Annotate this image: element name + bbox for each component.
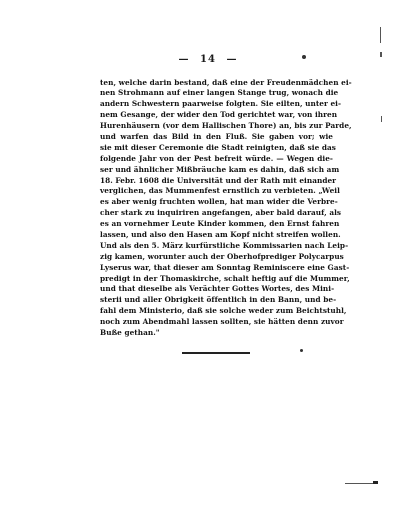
text-line: ten, welche darin bestand, daß eine der … [100,78,333,89]
scan-margin-mark [381,116,382,122]
text-line: verglichen, das Mummenfest ernstlich zu … [100,186,333,197]
body-text: ten, welche darin bestand, daß eine der … [100,78,333,339]
text-line: cher stark zu inquiriren angefangen, abe… [100,208,333,219]
page-header: — 14 — [0,54,416,65]
text-line: 18. Febr. 1608 die Universität und der R… [100,176,333,187]
text-line: sie mit dieser Ceremonie die Stadt reini… [100,143,333,154]
text-line: ser und ähnlicher Mißbräuche kam es dahi… [100,165,333,176]
text-line: Und als den 5. März kurfürstliche Kommis… [100,241,333,252]
text-line: zig kamen, worunter auch der Oberhofpred… [100,252,333,263]
scan-margin-mark [380,52,382,57]
text-line: und warfen das Bild in den Fluß. Sie gab… [100,132,333,143]
scan-margin-mark [380,27,381,43]
scan-margin-mark [373,481,378,484]
text-line: andern Schwestern paarweise folgten. Sie… [100,99,333,110]
text-line: folgende Jahr von der Pest befreit würde… [100,154,333,165]
text-line: nen Strohmann auf einer langen Stange tr… [100,88,333,99]
text-line: nem Gesange, der wider den Tod gerichtet… [100,110,333,121]
text-line: Buße gethan." [100,328,333,339]
page-number: 14 [194,54,222,65]
text-line: es aber wenig fruchten wollen, hat man w… [100,197,333,208]
text-line: Hurenhäusern (vor dem Hallischen Thore) … [100,121,333,132]
text-line: predigt in der Thomaskirche, schalt heft… [100,274,333,285]
text-line: sterii und aller Obrigkeit öffentlich in… [100,295,333,306]
text-line: Lyserus war, that dieser am Sonntag Remi… [100,263,333,274]
header-dash-right: — [226,54,237,65]
text-line: lassen, und also den Hasen am Kopf nicht… [100,230,333,241]
text-line: und that dieselbe als Verächter Gottes W… [100,284,333,295]
scan-speck [302,55,306,59]
text-line: es an vornehmer Leute Kinder kommen, den… [100,219,333,230]
scan-margin-mark [345,483,373,484]
text-line: noch zum Abendmahl lassen sollten, sie h… [100,317,333,328]
scan-speck [300,349,303,352]
end-rule [182,352,250,354]
header-dash-left: — [179,54,190,65]
text-line: fahl dem Ministerio, daß sie solche wede… [100,306,333,317]
